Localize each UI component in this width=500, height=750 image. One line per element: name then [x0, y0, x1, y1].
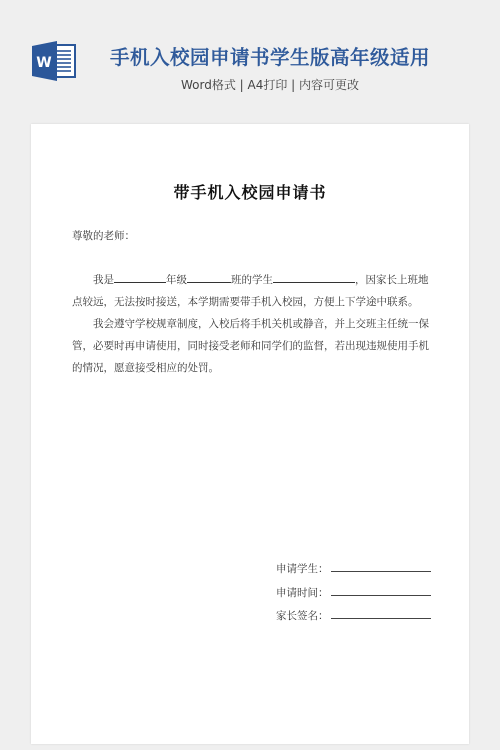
signature-label: 申请学生： — [276, 563, 329, 575]
word-document-icon: W — [31, 40, 77, 82]
signature-row-parent: 家长签名： — [276, 608, 431, 623]
page-title: 手机入校园申请书学生版高年级适用 — [100, 42, 440, 70]
signature-row-date: 申请时间： — [276, 585, 431, 600]
signature-row-student: 申请学生： — [276, 561, 431, 576]
document-page: 带手机入校园申请书 尊敬的老师： 我是年级班的学生，因家长上班地点较远，无法按时… — [31, 124, 469, 744]
signature-line[interactable] — [331, 585, 431, 596]
class-blank[interactable] — [187, 270, 231, 283]
signature-line[interactable] — [331, 608, 431, 619]
salutation: 尊敬的老师： — [72, 228, 135, 243]
page-subtitle: Word格式 | A4打印 | 内容可更改 — [100, 76, 440, 93]
paragraph-1: 我是年级班的学生，因家长上班地点较远，无法按时接送，本学期需要带手机入校园，方便… — [72, 269, 432, 313]
grade-blank[interactable] — [114, 270, 166, 283]
signature-label: 家长签名： — [276, 610, 329, 622]
student-name-blank[interactable] — [273, 270, 355, 283]
svg-text:W: W — [36, 55, 51, 71]
signature-line[interactable] — [331, 561, 431, 572]
text-segment: 年级 — [166, 274, 187, 286]
document-title: 带手机入校园申请书 — [31, 180, 469, 203]
text-segment: 我是 — [93, 274, 114, 286]
text-segment: 班的学生 — [231, 274, 273, 286]
paragraph-2: 我会遵守学校规章制度，入校后将手机关机或静音，并上交班主任统一保管，必要时再申请… — [72, 313, 432, 379]
header: W 手机入校园申请书学生版高年级适用 Word格式 | A4打印 | 内容可更改 — [0, 0, 500, 120]
signature-label: 申请时间： — [276, 587, 329, 599]
